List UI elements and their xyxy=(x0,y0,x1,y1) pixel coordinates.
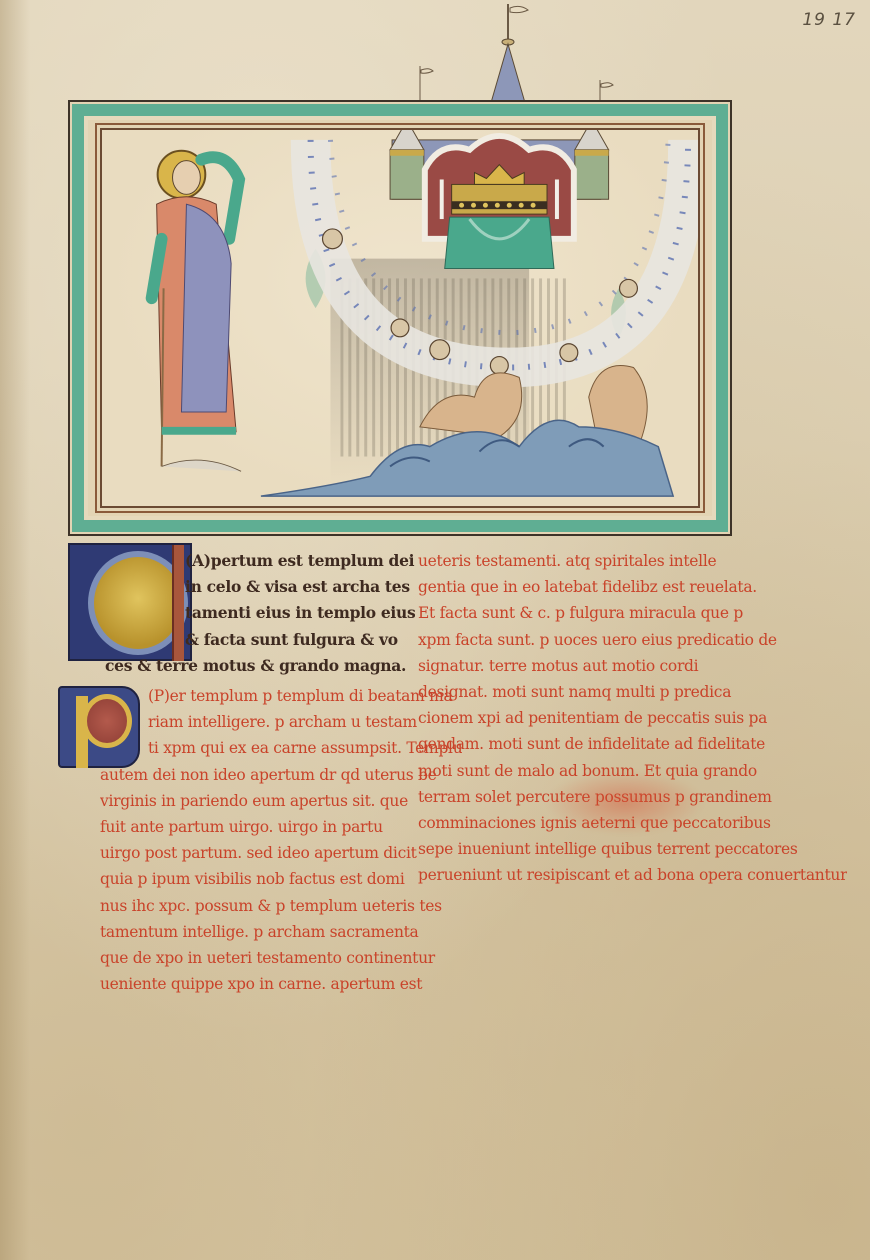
miniature-scene xyxy=(102,130,698,506)
text-line: in celo & visa est archa tes xyxy=(185,574,415,600)
binding-gutter-shadow xyxy=(0,0,30,1260)
apocalypse-text-black: (A)pertum est templum dei in celo & visa… xyxy=(185,548,415,679)
text-line: virginis in pariendo eum apertus sit. qu… xyxy=(100,788,462,814)
text-line: fuit ante partum uirgo. uirgo in partu xyxy=(100,814,462,840)
text-line: tamenti eius in templo eius xyxy=(185,600,415,626)
commentary-text-left: (P)er templum p templum di beatam ma ria… xyxy=(100,683,462,997)
text-line: gendam. moti sunt de infidelitate ad fid… xyxy=(418,731,847,757)
text-line: nus ihc xpc. possum & p templum ueteris … xyxy=(100,893,462,919)
text-line: quia p ipum visibilis nob factus est dom… xyxy=(100,866,462,892)
text-line: & facta sunt fulgura & vo xyxy=(185,627,415,653)
initial-stem xyxy=(172,545,184,661)
text-line: autem dei non ideo apertum dr qd uterus … xyxy=(100,762,462,788)
text-line: que de xpo in ueteri testamento continen… xyxy=(100,945,462,971)
text-line: ueniente quippe xpo in carne. apertum es… xyxy=(100,971,462,997)
text-line: xpm facta sunt. p uoces uero eius predic… xyxy=(418,627,847,653)
text-line: gentia que in eo latebat fidelibz est re… xyxy=(418,574,847,600)
historiated-initial-a xyxy=(68,543,192,661)
text-line: uirgo post partum. sed ideo apertum dici… xyxy=(100,840,462,866)
saint-john xyxy=(152,151,241,472)
ink-smudge xyxy=(545,770,705,835)
text-line: Et facta sunt & c. p fulgura miracula qu… xyxy=(418,600,847,626)
text-line: ces & terre motus & grando magna. xyxy=(105,653,415,679)
text-line: riam intelligere. p archam u testam xyxy=(148,709,462,735)
text-line: cionem xpi ad penitentiam de peccatis su… xyxy=(418,705,847,731)
text-line: sepe inueniunt intellige quibus terrent … xyxy=(418,836,847,862)
miniature-frame xyxy=(68,100,732,536)
text-line: ueteris testamenti. atq spiritales intel… xyxy=(418,548,847,574)
text-line: signatur. terre motus aut motio cordi xyxy=(418,653,847,679)
text-line: ti xpm qui ex ea carne assumpsit. Templu xyxy=(148,735,462,761)
text-line: (P)er templum p templum di beatam ma xyxy=(148,683,462,709)
text-line: designat. moti sunt namq multi p predica xyxy=(418,679,847,705)
text-line: tamentum intellige. p archam sacramenta xyxy=(100,919,462,945)
manuscript-page: 19 17 xyxy=(0,0,870,1260)
commentary-text-right: ueteris testamenti. atq spiritales intel… xyxy=(418,548,847,888)
temple xyxy=(390,130,609,269)
text-line: perueniunt ut resipiscant et ad bona ope… xyxy=(418,862,847,888)
miniature-panel xyxy=(100,128,700,508)
text-line: (A)pertum est templum dei xyxy=(185,548,415,574)
